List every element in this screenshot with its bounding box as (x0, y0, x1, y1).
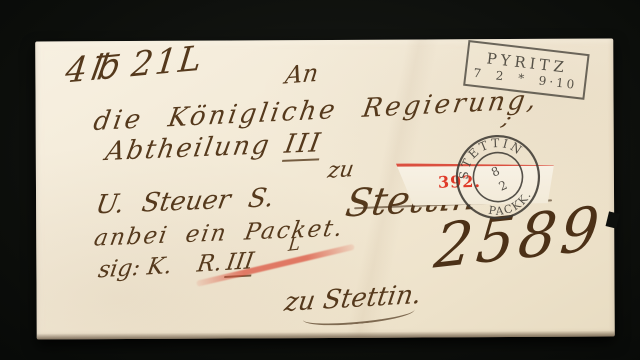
stettin-postmark-month: 2 (497, 178, 510, 194)
address-line2-number: III (282, 128, 324, 162)
address-line2-prefix: Abtheilung (103, 130, 273, 167)
note-insert-mark-text: L (287, 233, 301, 256)
note-line3-prefix: sig: K. (96, 253, 173, 284)
address-zu: zu (327, 157, 354, 183)
note-line2: anbei ein Packet. (94, 216, 345, 252)
salutation-text: An (284, 59, 321, 90)
weight-note: 4℔ 21L (64, 39, 205, 92)
address-salutation: An (284, 59, 319, 89)
note-line3-mid: R. (196, 250, 225, 278)
photo-frame: 4℔ 21L An die Königliche Regierung, Abth… (0, 0, 640, 360)
letter-paper: 4℔ 21L An die Königliche Regierung, Abth… (35, 38, 615, 339)
paper-edge-notch (606, 211, 620, 228)
note-line1: U. Steuer S. (96, 183, 275, 220)
note-insert-mark: L (287, 234, 301, 256)
note-line3: sig: K.R.III (98, 248, 255, 285)
stettin-postmark-day: 8 (489, 164, 502, 180)
note-line1-text: U. Steuer S. (94, 183, 277, 220)
address-zu-text: zu (326, 157, 356, 184)
note-line2-text: anbei ein Packet. (92, 215, 346, 251)
weight-note-text: 4℔ 21L (63, 38, 205, 91)
